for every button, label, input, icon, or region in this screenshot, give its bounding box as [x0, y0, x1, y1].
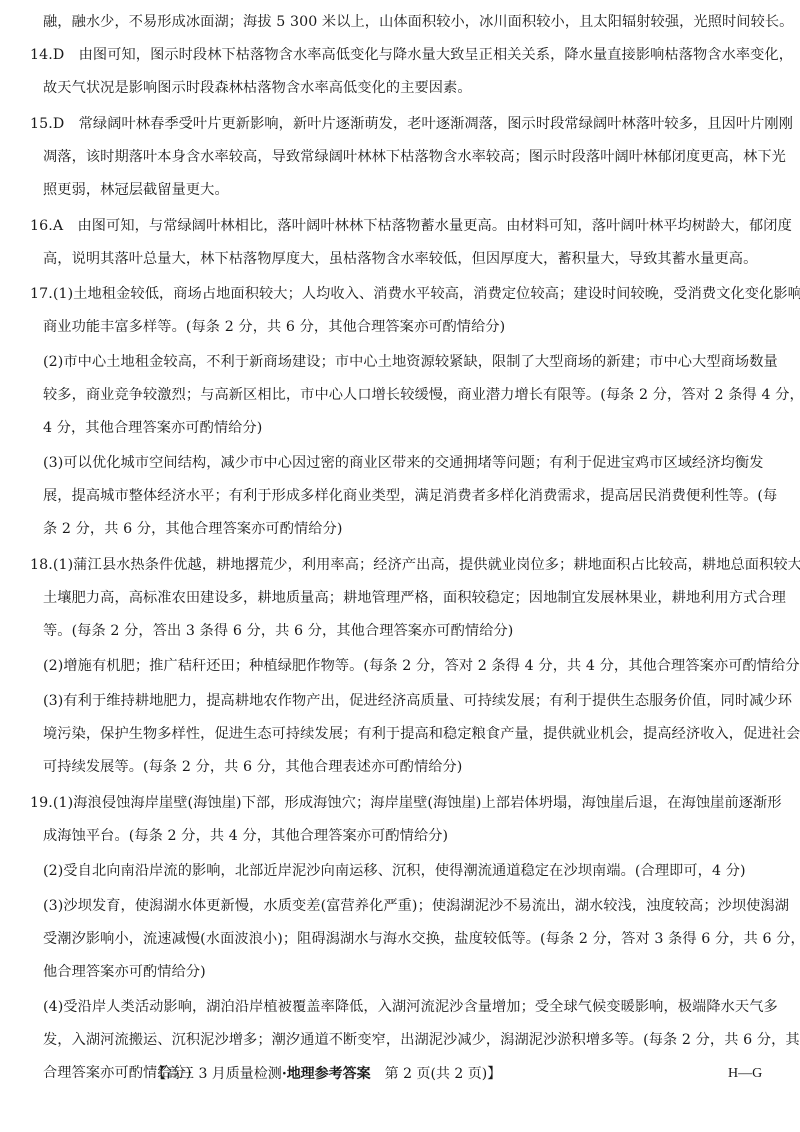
text-line: 可持续发展等。(每条 2 分，共 6 分，其他合理表述亦可酌情给分) — [43, 757, 462, 777]
text-line: 16.A 由图可知，与常绿阔叶林相比，落叶阔叶林林下枯落物蓄水量更高。由材料可知… — [30, 216, 792, 236]
text-line: 18.(1)蒲江县水热条件优越，耕地撂荒少，利用率高；经济产出高，提供就业岗位多… — [30, 555, 800, 575]
text-line: 照更弱，林冠层截留量更大。 — [43, 180, 229, 200]
text-line: 17.(1)土地租金较低，商场占地面积较大；人均收入、消费水平较高，消费定位较高… — [30, 284, 800, 304]
text-line: 条 2 分，共 6 分，其他合理答案亦可酌情给分) — [43, 519, 343, 539]
text-line: 土壤肥力高，高标准农田建设多，耕地质量高；耕地管理严格，面积较稳定；因地制宜发展… — [43, 588, 786, 608]
text-line: 受潮汐影响小，流速减慢(水面波浪小)；阻碍潟湖水与海水交换，盐度较低等。(每条 … — [43, 929, 800, 949]
text-line: 商业功能丰富多样等。(每条 2 分，共 6 分，其他合理答案亦可酌情给分) — [43, 317, 505, 337]
text-line: (2)增施有机肥；推广秸秆还田；种植绿肥作物等。(每条 2 分，答对 2 条得 … — [43, 656, 800, 676]
page-footer: 【高三 3 月质量检测·地理参考答案 第 2 页(共 2 页)】 H—G — [0, 1063, 800, 1085]
text-line: 19.(1)海浪侵蚀海岸崖壁(海蚀崖)下部，形成海蚀穴；海岸崖壁(海蚀崖)上部岩… — [30, 793, 782, 813]
text-line: 成海蚀平台。(每条 2 分，共 4 分，其他合理答案亦可酌情给分) — [43, 826, 448, 846]
footer-close-bracket: 】 — [487, 1066, 501, 1082]
text-line: 境污染，保护生物多样性，促进生态可持续发展；有利于提高和稳定粮食产量，提供就业机… — [43, 724, 800, 744]
text-line: (2)受自北向南沿岸流的影响，北部近岸泥沙向南运移、沉积，使得潮流通道稳定在沙坝… — [43, 861, 746, 881]
footer-exam-name: 高三 3 月质量检测 — [166, 1066, 282, 1082]
text-line: (3)有利于维持耕地肥力，提高耕地农作物产出，促进经济高质量、可持续发展；有利于… — [43, 691, 792, 711]
text-line: 故天气状况是影响图示时段森林枯落物含水率高低变化的主要因素。 — [43, 78, 472, 98]
footer-page-info: 第 2 页(共 2 页) — [371, 1066, 488, 1082]
text-line: 融，融水少，不易形成冰面湖；海拔 5 300 米以上，山体面积较小，冰川面积较小… — [43, 12, 793, 32]
text-line: 发，入湖河流搬运、沉积泥沙增多；潮汐通道不断变窄，出湖泥沙减少，潟湖泥沙淤积增多… — [43, 1030, 800, 1050]
text-line: 他合理答案亦可酌情给分) — [43, 962, 206, 982]
text-line: 展，提高城市整体经济水平；有利于形成多样化商业类型，满足消费者多样化消费需求，提… — [43, 486, 777, 506]
text-line: 高，说明其落叶总量大，林下枯落物厚度大，虽枯落物含水率较低，但因厚度大，蓄积量大… — [43, 249, 757, 269]
text-line: 15.D 常绿阔叶林春季受叶片更新影响，新叶片逐渐萌发，老叶逐渐凋落，图示时段常… — [30, 114, 793, 134]
footer-paper-code: H—G — [728, 1063, 762, 1085]
text-line: (4)受沿岸人类活动影响，湖泊沿岸植被覆盖率降低，入湖河流泥沙含量增加；受全球气… — [43, 997, 778, 1017]
text-line: (3)沙坝发育，使潟湖水体更新慢，水质变差(富营养化严重)；使潟湖泥沙不易流出，… — [43, 896, 789, 916]
text-line: (2)市中心土地租金较高，不利于新商场建设；市中心土地资源较紧缺，限制了大型商场… — [43, 352, 778, 372]
text-line: 14.D 由图可知，图示时段林下枯落物含水率高低变化与降水量大致呈正相关关系，降… — [30, 45, 793, 65]
text-line: 较多，商业竞争较激烈；与高新区相比，市中心人口增长较缓慢，商业潜力增长有限等。(… — [43, 385, 800, 405]
text-line: 凋落，该时期落叶本身含水率较高，导致常绿阔叶林林下枯落物含水率较高；图示时段落叶… — [43, 147, 786, 167]
footer-title: 【高三 3 月质量检测·地理参考答案 第 2 页(共 2 页)】 — [152, 1063, 501, 1085]
answer-key-page: 融，融水少，不易形成冰面湖；海拔 5 300 米以上，山体面积较小，冰川面积较小… — [0, 0, 800, 1132]
footer-subject: 地理参考答案 — [287, 1066, 371, 1082]
text-line: 等。(每条 2 分，答出 3 条得 6 分，共 6 分，其他合理答案亦可酌情给分… — [43, 621, 513, 641]
footer-open-bracket: 【 — [152, 1066, 166, 1082]
text-line: 4 分，其他合理答案亦可酌情给分) — [43, 418, 262, 438]
text-line: (3)可以优化城市空间结构，减少市中心因过密的商业区带来的交通拥堵等问题；有利于… — [43, 453, 764, 473]
